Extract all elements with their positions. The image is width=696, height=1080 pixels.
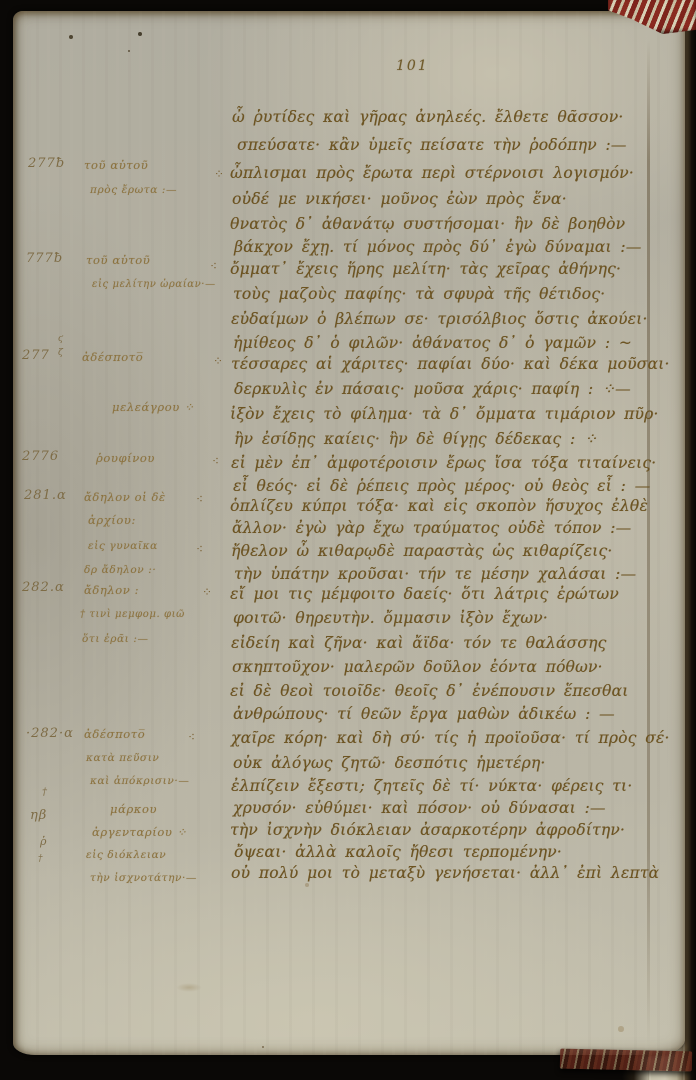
page-curl-crease [647, 40, 650, 1050]
manuscript-photo: 101 ὦ ῥυτίδες καὶ γῆρας ἀνηλεές. ἔλθετε … [0, 0, 696, 1080]
parchment-specks [0, 0, 2, 2]
binding-tailband [560, 1049, 692, 1072]
parchment-page [13, 11, 685, 1055]
parchment-smudge [176, 983, 202, 992]
